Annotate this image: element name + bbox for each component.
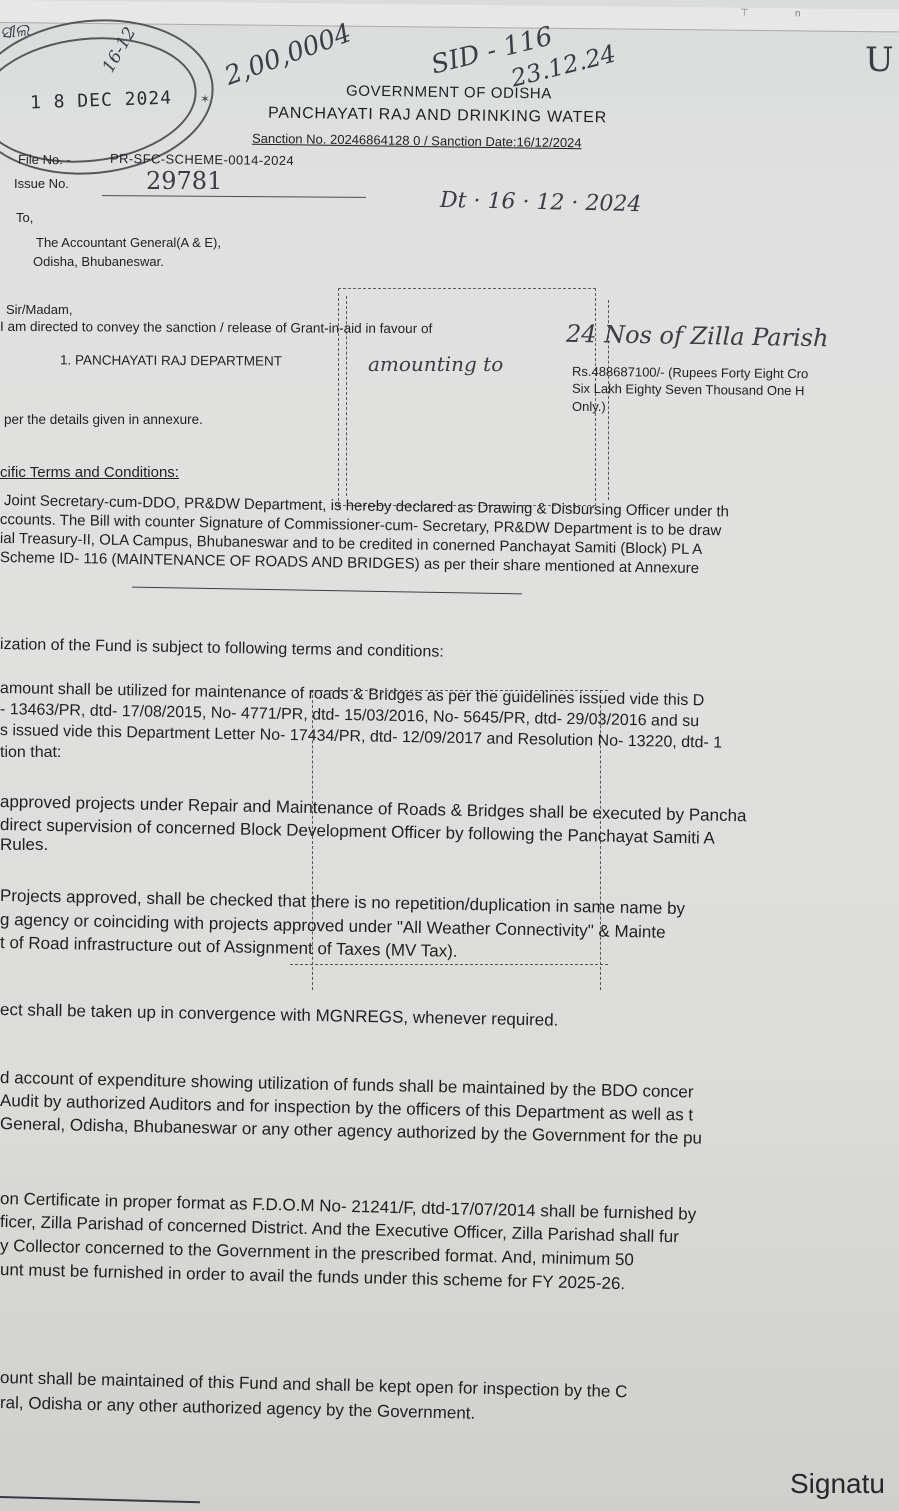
handwritten-dated: Dt · 16 · 12 · 2024 [440, 188, 642, 217]
terms-line: Rules. [0, 835, 48, 855]
issue-no-line [102, 195, 366, 198]
signature-label: Signatu [790, 1468, 885, 1500]
terms-line: ral, Odisha or any other authorized agen… [0, 1393, 475, 1424]
stamp-star: ✶ [200, 92, 210, 106]
handwritten-underline [132, 587, 522, 595]
amount-words-2: Six Lakh Eighty Seven Thousand One H [572, 381, 805, 398]
issue-number: 29781 [146, 167, 222, 195]
terms-para-6: ect shall be taken up in convergence wit… [0, 1000, 559, 1031]
department-item: 1. PANCHAYATI RAJ DEPARTMENT [60, 352, 282, 368]
issue-no-label: Issue No. [14, 176, 69, 191]
corner-mark: U [865, 40, 894, 80]
handwritten-amounting-to: amounting to [368, 352, 503, 376]
terms-heading: cific Terms and Conditions: [0, 464, 179, 481]
header-government: GOVERNMENT OF ODISHA [346, 83, 552, 103]
salutation: Sir/Madam, [6, 302, 72, 317]
file-no-label: File No. - [18, 152, 71, 168]
terms-line: tion that: [0, 744, 61, 762]
intro-text: I am directed to convey the sanction / r… [0, 319, 432, 336]
address-line-2: Odisha, Bhubaneswar. [33, 254, 164, 269]
handwritten-amount: 2,00,0004 [221, 18, 356, 91]
signature-rule [0, 1496, 200, 1503]
stamp-scribble: ସୀଲ [0, 20, 31, 44]
sanction-number-date: Sanction No. 20246864128 0 / Sanction Da… [252, 131, 582, 151]
header-department: PANCHAYATI RAJ AND DRINKING WATER [268, 105, 607, 128]
per-details: per the details given in annexure. [4, 412, 203, 427]
amount-words-3: Only.) [572, 399, 606, 414]
address-line-1: The Accountant General(A & E), [36, 235, 221, 250]
terms-para-2: ization of the Fund is subject to follow… [0, 636, 444, 662]
file-number: PR-SFC-SCHEME-0014-2024 [110, 151, 294, 168]
copy-artifact-line [290, 964, 608, 965]
amount-words-1: Rs.488687100/- (Rupees Forty Eight Cro [572, 364, 808, 381]
sanction-letter: ସୀଲ 1 8 DEC 2024 16-12 ✶ 2,00,0004 SID -… [0, 0, 899, 1511]
to-label: To, [16, 210, 33, 225]
handwritten-favour-of: 24 Nos of Zilla Parish [566, 320, 829, 353]
